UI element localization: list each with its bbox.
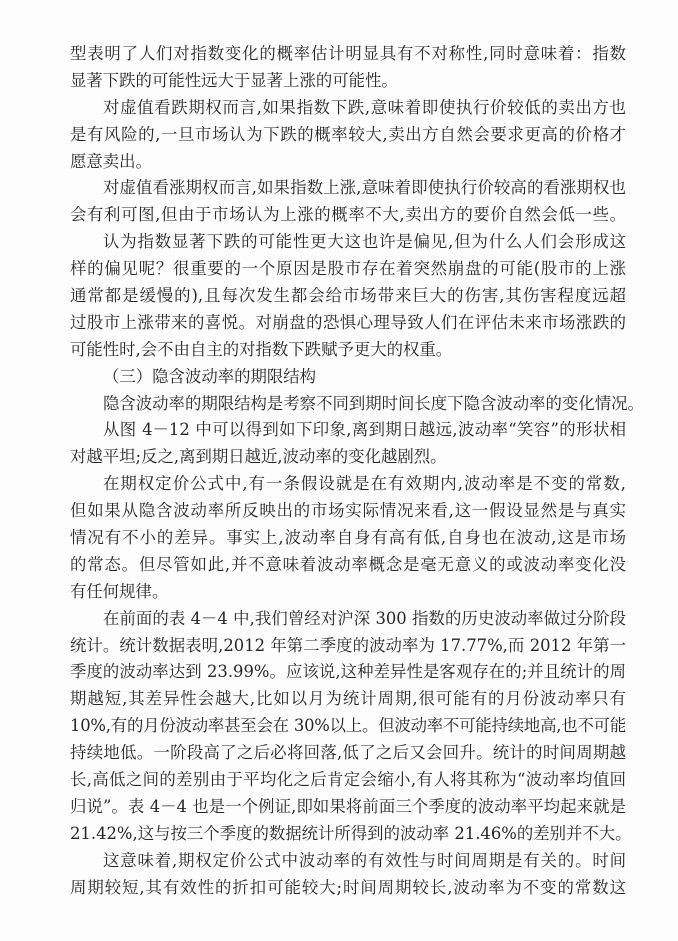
paragraph-historical-volatility: 在前面的表 4－4 中,我们曾经对沪深 300 指数的历史波动率做过分阶段 统计…	[70, 606, 626, 848]
section-heading: （三）隐含波动率的期限结构	[70, 364, 626, 391]
paragraph-continued: 型表明了人们对指数变化的概率估计明显具有不对称性,同时意味着：指数 显著下跌的可…	[70, 41, 626, 95]
text-line: 隐含波动率的期限结构是考察不同到期时间长度下隐含波动率的变化情况。	[70, 391, 626, 418]
text-line: 21.42%,这与按三个季度的数据统计所得到的波动率 21.46%的差别并不大。	[70, 821, 626, 848]
text-line: 有任何规律。	[70, 579, 626, 606]
text-line: 是有风险的,一旦市场认为下跌的概率较大,卖出方自然会要求更高的价格才	[70, 122, 626, 149]
text-line: 持续地低。一阶段高了之后必将回落,低了之后又会回升。统计的时间周期越	[70, 740, 626, 767]
text-line: 认为指数显著下跌的可能性更大这也许是偏见,但为什么人们会形成这	[70, 229, 626, 256]
text-line: 会有利可图,但由于市场认为上涨的概率不大,卖出方的要价自然会低一些。	[70, 202, 626, 229]
paragraph-bias: 认为指数显著下跌的可能性更大这也许是偏见,但为什么人们会形成这 样的偏见呢？很重…	[70, 229, 626, 363]
text-line: 周期较短,其有效性的折扣可能较大;时间周期较长,波动率为不变的常数这	[70, 875, 626, 902]
text-line: 愿意卖出。	[70, 149, 626, 176]
text-line: 期越短,其差异性会越大,比如以月为统计周期,很可能有的月份波动率只有	[70, 686, 626, 713]
text-line: 统计。统计数据表明,2012 年第二季度的波动率为 17.77%,而 2012 …	[70, 633, 626, 660]
section-heading-text: （三）隐含波动率的期限结构	[70, 364, 626, 391]
paragraph-pricing-assumption: 在期权定价公式中,有一条假设就是在有效期内,波动率是不变的常数, 但如果从隐含波…	[70, 471, 626, 605]
document-page: 型表明了人们对指数变化的概率估计明显具有不对称性,同时意味着：指数 显著下跌的可…	[0, 0, 678, 941]
text-line: 10%,有的月份波动率甚至会在 30%以上。但波动率不可能持续地高,也不可能	[70, 713, 626, 740]
paragraph-put-options: 对虚值看跌期权而言,如果指数下跌,意味着即使执行价较低的卖出方也 是有风险的,一…	[70, 95, 626, 176]
text-line: 情况有不小的差异。事实上,波动率自身有高有低,自身也在波动,这是市场	[70, 525, 626, 552]
text-line: 样的偏见呢？很重要的一个原因是股市存在着突然崩盘的可能(股市的上涨	[70, 256, 626, 283]
text-line: 从图 4－12 中可以得到如下印象,离到期日越远,波动率“笑容”的形状相	[70, 417, 626, 444]
text-line: 但如果从隐含波动率所反映出的市场实际情况来看,这一假设显然是与真实	[70, 498, 626, 525]
paragraph-term-structure-definition: 隐含波动率的期限结构是考察不同到期时间长度下隐含波动率的变化情况。	[70, 391, 626, 418]
text-line: 的常态。但尽管如此,并不意味着波动率概念是毫无意义的或波动率变化没	[70, 552, 626, 579]
text-line: 归说”。表 4－4 也是一个例证,即如果将前面三个季度的波动率平均起来就是	[70, 794, 626, 821]
text-line: 在前面的表 4－4 中,我们曾经对沪深 300 指数的历史波动率做过分阶段	[70, 606, 626, 633]
text-line: 在期权定价公式中,有一条假设就是在有效期内,波动率是不变的常数,	[70, 471, 626, 498]
body-text: 型表明了人们对指数变化的概率估计明显具有不对称性,同时意味着：指数 显著下跌的可…	[70, 41, 626, 902]
text-line: 对越平坦;反之,离到期日越近,波动率的变化越剧烈。	[70, 444, 626, 471]
text-line: 可能性时,会不由自主的对指数下跌赋予更大的权重。	[70, 337, 626, 364]
text-line: 型表明了人们对指数变化的概率估计明显具有不对称性,同时意味着：指数	[70, 41, 626, 68]
text-line: 对虚值看跌期权而言,如果指数下跌,意味着即使执行价较低的卖出方也	[70, 95, 626, 122]
paragraph-call-options: 对虚值看涨期权而言,如果指数上涨,意味着即使执行价较高的看涨期权也 会有利可图,…	[70, 175, 626, 229]
text-line: 对虚值看涨期权而言,如果指数上涨,意味着即使执行价较高的看涨期权也	[70, 175, 626, 202]
text-line: 过股市上涨带来的喜悦。对崩盘的恐惧心理导致人们在评估未来市场涨跌的	[70, 310, 626, 337]
paragraph-figure-reference: 从图 4－12 中可以得到如下印象,离到期日越远,波动率“笑容”的形状相 对越平…	[70, 417, 626, 471]
paragraph-conclusion: 这意味着,期权定价公式中波动率的有效性与时间周期是有关的。时间 周期较短,其有效…	[70, 848, 626, 902]
text-line: 通常都是缓慢的),且每次发生都会给市场带来巨大的伤害,其伤害程度远超	[70, 283, 626, 310]
text-line: 季度的波动率达到 23.99%。应该说,这种差异性是客观存在的;并且统计的周	[70, 659, 626, 686]
text-line: 长,高低之间的差别由于平均化之后肯定会缩小,有人将其称为“波动率均值回	[70, 767, 626, 794]
text-line: 显著下跌的可能性远大于显著上涨的可能性。	[70, 68, 626, 95]
text-line: 这意味着,期权定价公式中波动率的有效性与时间周期是有关的。时间	[70, 848, 626, 875]
